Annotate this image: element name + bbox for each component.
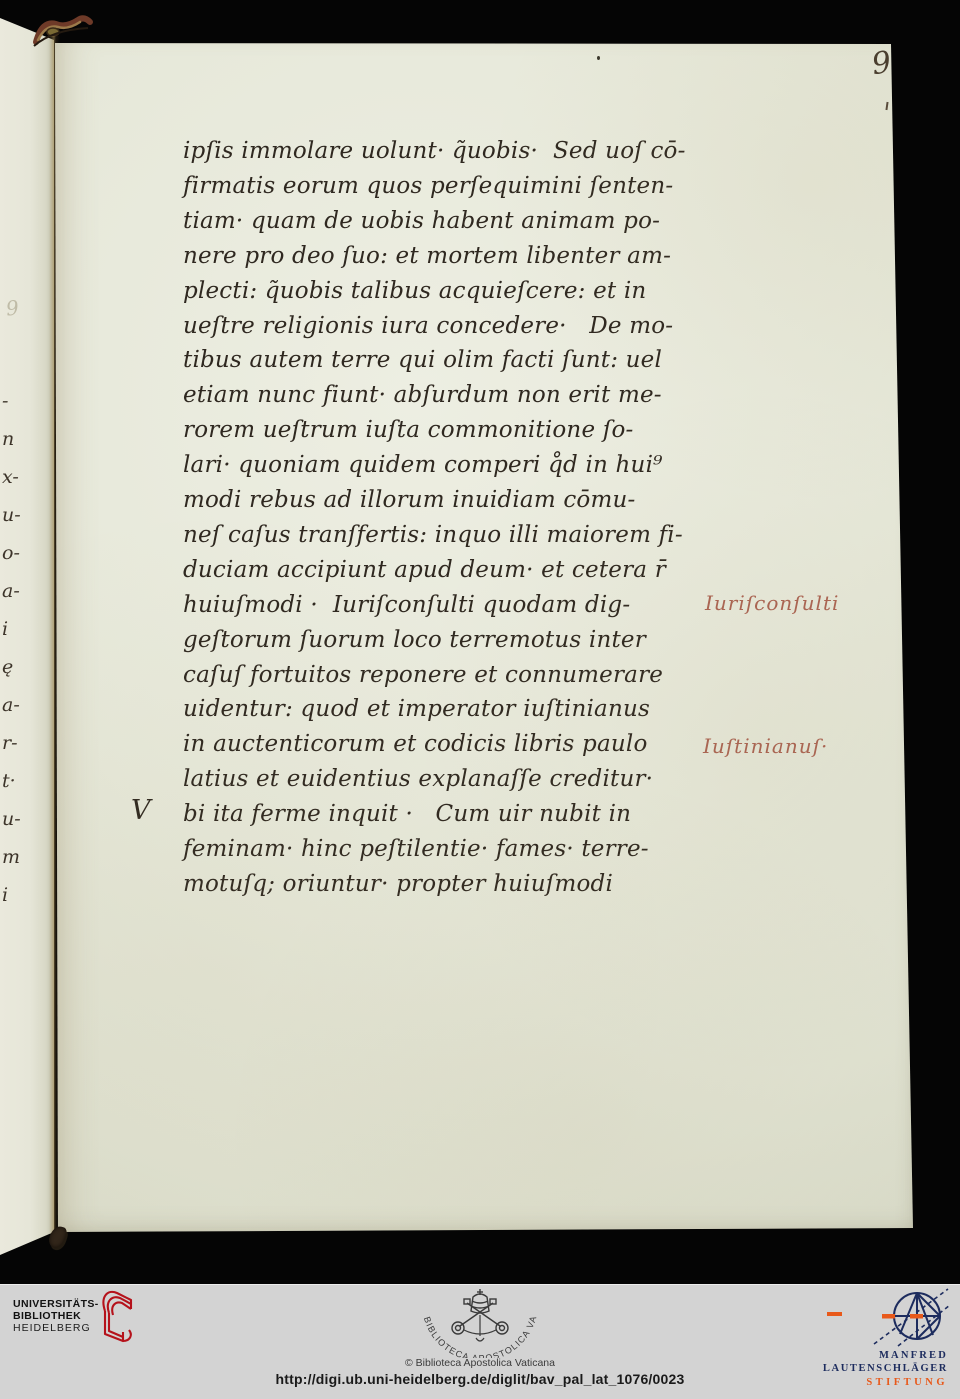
manuscript-line: neſ caſus tranſfertis: inquo illi maiore… [183, 518, 683, 553]
copyright-line: © Biblioteca Apostolica Vaticana [0, 1357, 960, 1369]
facing-page-line-ending: a- [2, 687, 24, 723]
manuscript-line: in auctenticorum et codicis libris paulo [183, 727, 648, 762]
manuscript-line: huiuſmodi · Iuriſconſulti quodam dig- [183, 588, 630, 623]
facing-page-edge: 9 -nx-u-o-a-ięa-r-t·u-mi [0, 18, 54, 1255]
citation-bar: UNIVERSITÄTS- BIBLIOTHEK HEIDELBERG [0, 1284, 960, 1399]
manuscript-line: lari· quoniam quidem comperi q̊d in hui⁹ [183, 448, 663, 483]
manuscript-line: geſtorum ſuorum loco terremotus inter [183, 623, 646, 658]
manuscript-photo: 9 -nx-u-o-a-ięa-r-t·u-mi 9 ipſis immolar… [0, 0, 960, 1285]
manuscript-line: caſuſ fortuitos reponere et connumerare [183, 658, 663, 693]
facing-page-line-ending: - [2, 383, 24, 419]
manuscript-line: uidentur: quod et imperator iuſtinianus [183, 692, 650, 727]
facing-page-line-ending: a- [2, 573, 24, 609]
manuscript-line: firmatis eorum quos perſequimini ſenten- [183, 169, 673, 204]
manuscript-page: 9 ipſis immolare uolunt· q̃uobis· Sed uo… [55, 38, 915, 1234]
marginal-rubric-iustinianus: Iuſtinianuſ· [703, 734, 828, 758]
marginal-rubric-iurisconsulti: Iuriſconſulti [705, 591, 839, 615]
ub-heidelberg-wordmark: UNIVERSITÄTS- BIBLIOTHEK HEIDELBERG [13, 1298, 99, 1335]
facing-page-line-ending: i [2, 877, 24, 913]
lautenschlaeger-stiftung-icon [870, 1287, 952, 1347]
vatican-library-emblem: BIBLIOTECA APOSTOLICA VATICANA [405, 1288, 555, 1358]
facing-page-line-ending: n [2, 421, 24, 457]
lautenschlaeger-wordmark: MANFRED LAUTENSCHLÄGER STIFTUNG [823, 1350, 948, 1390]
manuscript-text-block: ipſis immolare uolunt· q̃uobis· Sed uoſ … [55, 38, 915, 1234]
manuscript-line: bi ita ferme inquit · Cum uir nubit in [183, 797, 631, 832]
facing-page-line-ending: ę [2, 649, 24, 685]
facing-page-line-ending: t· [2, 763, 24, 799]
margin-initial-v: V [131, 795, 151, 826]
ub-heidelberg-book-icon [93, 1287, 137, 1345]
manuscript-line: ipſis immolare uolunt· q̃uobis· Sed uoſ … [183, 134, 686, 169]
manuscript-line: rorem ueſtrum iuſta commonitione ſo- [183, 413, 634, 448]
facing-page-line-ending: x- [2, 459, 24, 495]
svg-text:BIBLIOTECA APOSTOLICA VATICA: BIBLIOTECA APOSTOLICA VATICANA [405, 1288, 538, 1358]
facing-page-line-ending: m [2, 839, 24, 875]
manuscript-line: modi rebus ad illorum inuidiam cōmu- [183, 483, 635, 518]
stiftung-line3: STIFTUNG [823, 1375, 948, 1390]
manuscript-line: tiam· quam de uobis habent animam po- [183, 204, 660, 239]
stiftung-line2: LAUTENSCHLÄGER [823, 1362, 948, 1375]
facing-page-line-ending: i [2, 611, 24, 647]
show-through-mark: 9 [5, 295, 20, 320]
manuscript-line: nere pro deo ſuo: et mortem libenter am- [183, 239, 671, 274]
orange-dash [827, 1312, 842, 1316]
facing-page-line-ending: u- [2, 497, 24, 533]
vatican-arc-text: BIBLIOTECA APOSTOLICA VATICANA [405, 1288, 538, 1358]
ub-line1: UNIVERSITÄTS- [13, 1298, 99, 1310]
manuscript-line: tibus autem terre qui olim facti ſunt: u… [183, 343, 662, 378]
citation-url: http://digi.ub.uni-heidelberg.de/diglit/… [0, 1371, 960, 1387]
facing-page-line-ending: o- [2, 535, 24, 571]
facing-page-line-ending: r- [2, 725, 24, 761]
manuscript-line: duciam accipiunt apud deum· et cetera r̄ [183, 553, 666, 588]
manuscript-line: feminam· hinc peſtilentie· fames· terre- [183, 832, 649, 867]
digitized-manuscript-view: 9 -nx-u-o-a-ięa-r-t·u-mi 9 ipſis immolar… [0, 0, 960, 1399]
ub-line2: BIBLIOTHEK [13, 1310, 99, 1322]
stiftung-line1: MANFRED [823, 1350, 948, 1362]
facing-page-line-ending: u- [2, 801, 24, 837]
manuscript-line: latius et euidentius explanaſſe creditur… [183, 762, 653, 797]
manuscript-line: ueſtre religionis iura concedere· De mo- [183, 309, 673, 344]
manuscript-line: motuſq; oriuntur· propter huiuſmodi [183, 867, 613, 902]
ub-line3: HEIDELBERG [13, 1322, 99, 1335]
manuscript-line: etiam nunc fiunt· abſurdum non erit me- [183, 378, 662, 413]
manuscript-line: plecti: q̃uobis talibus acquieſcere: et … [183, 274, 646, 309]
